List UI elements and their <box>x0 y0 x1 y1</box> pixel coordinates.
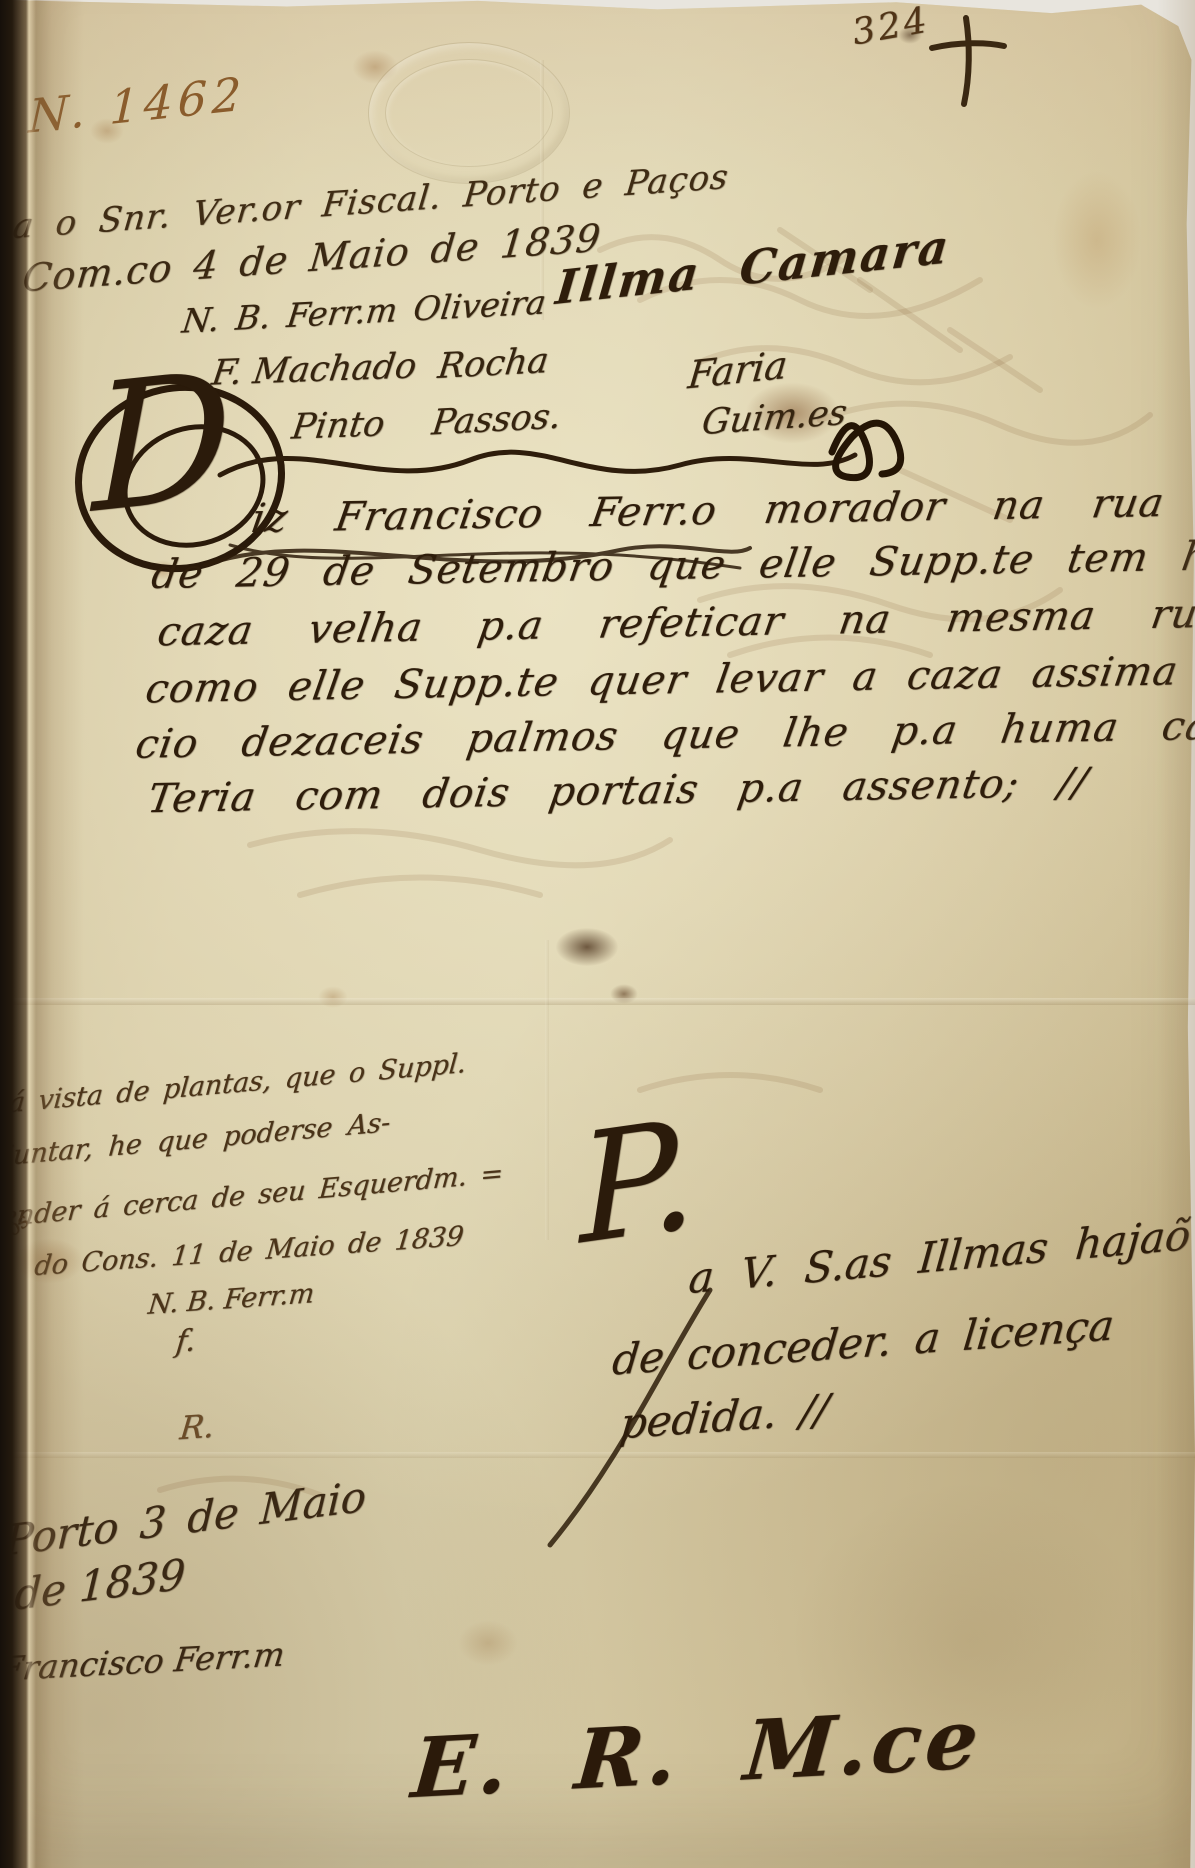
vereador-rocha: Rocha <box>436 341 551 387</box>
rubric: R. <box>178 1407 216 1448</box>
manuscript-scan: 324 N. 1462 a o Snr. Ver.or Fiscal. Port… <box>0 0 1195 1868</box>
petition-initial: D <box>92 348 232 539</box>
vereador-machado: F. Machado <box>209 346 419 393</box>
vereador-pinto: Pinto <box>289 404 387 447</box>
vereador-passos: Passos. <box>430 396 564 443</box>
margin-note-paraph: f. <box>174 1323 197 1360</box>
request-initial: P. <box>576 1099 698 1266</box>
cross-icon <box>920 14 1010 109</box>
